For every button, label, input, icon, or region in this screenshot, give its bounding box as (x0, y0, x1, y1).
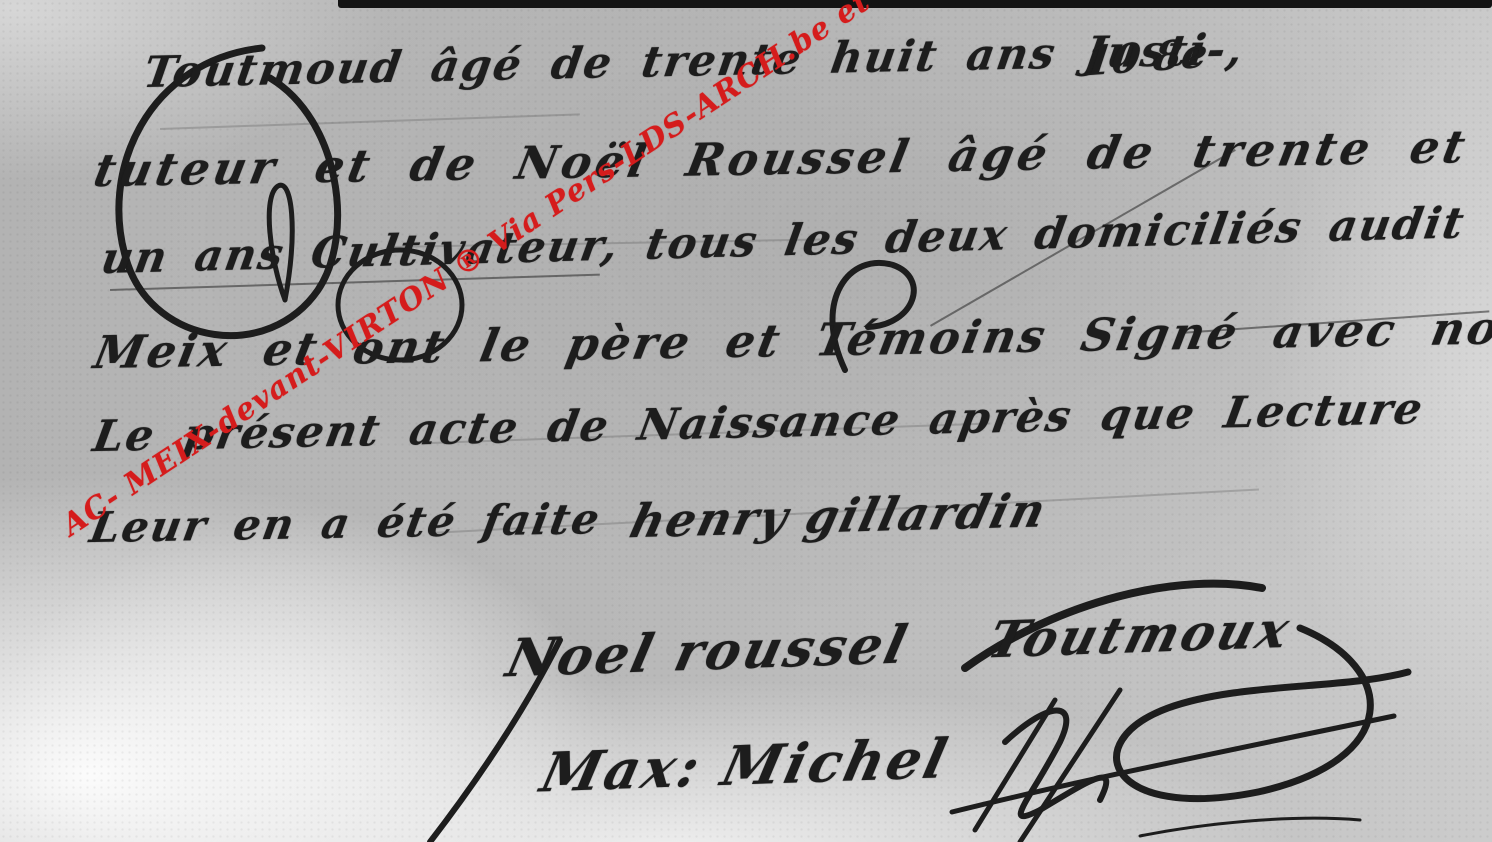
scan-edge-strip (338, 0, 1492, 8)
manuscript-line-6: Leur en a été faite (86, 494, 605, 552)
flourish-michel-slash (975, 700, 1055, 830)
signature-toutmoux: Toutmoux (982, 600, 1298, 670)
flourish-bottom-trace (1140, 818, 1360, 836)
manuscript-line-1-note: 10 8e (1081, 29, 1210, 85)
flourish-paraph-crossline (952, 716, 1394, 812)
manuscript-line-1: Toutmoud âgé de trente huit ans Justi-, (140, 25, 1248, 98)
document-page: AC- MEIX-devant-VIRTON ® Via Pers-LDS-AR… (0, 0, 1492, 842)
pencil-line (160, 113, 580, 130)
signature-noel-roussel: Noel roussel (501, 614, 915, 690)
manuscript-line-2: tuteur et de Noël Roussel âgé de trente … (90, 120, 1474, 197)
signature-max-michel: Max: Michel (535, 726, 956, 805)
officiant-name: henry gillardin (625, 483, 1053, 548)
manuscript-line-3: un ans Cultivateur, tous les deux domici… (98, 198, 1469, 284)
flourish-michel-paraph (1005, 711, 1106, 817)
flourish-michel-slash (1020, 690, 1120, 842)
